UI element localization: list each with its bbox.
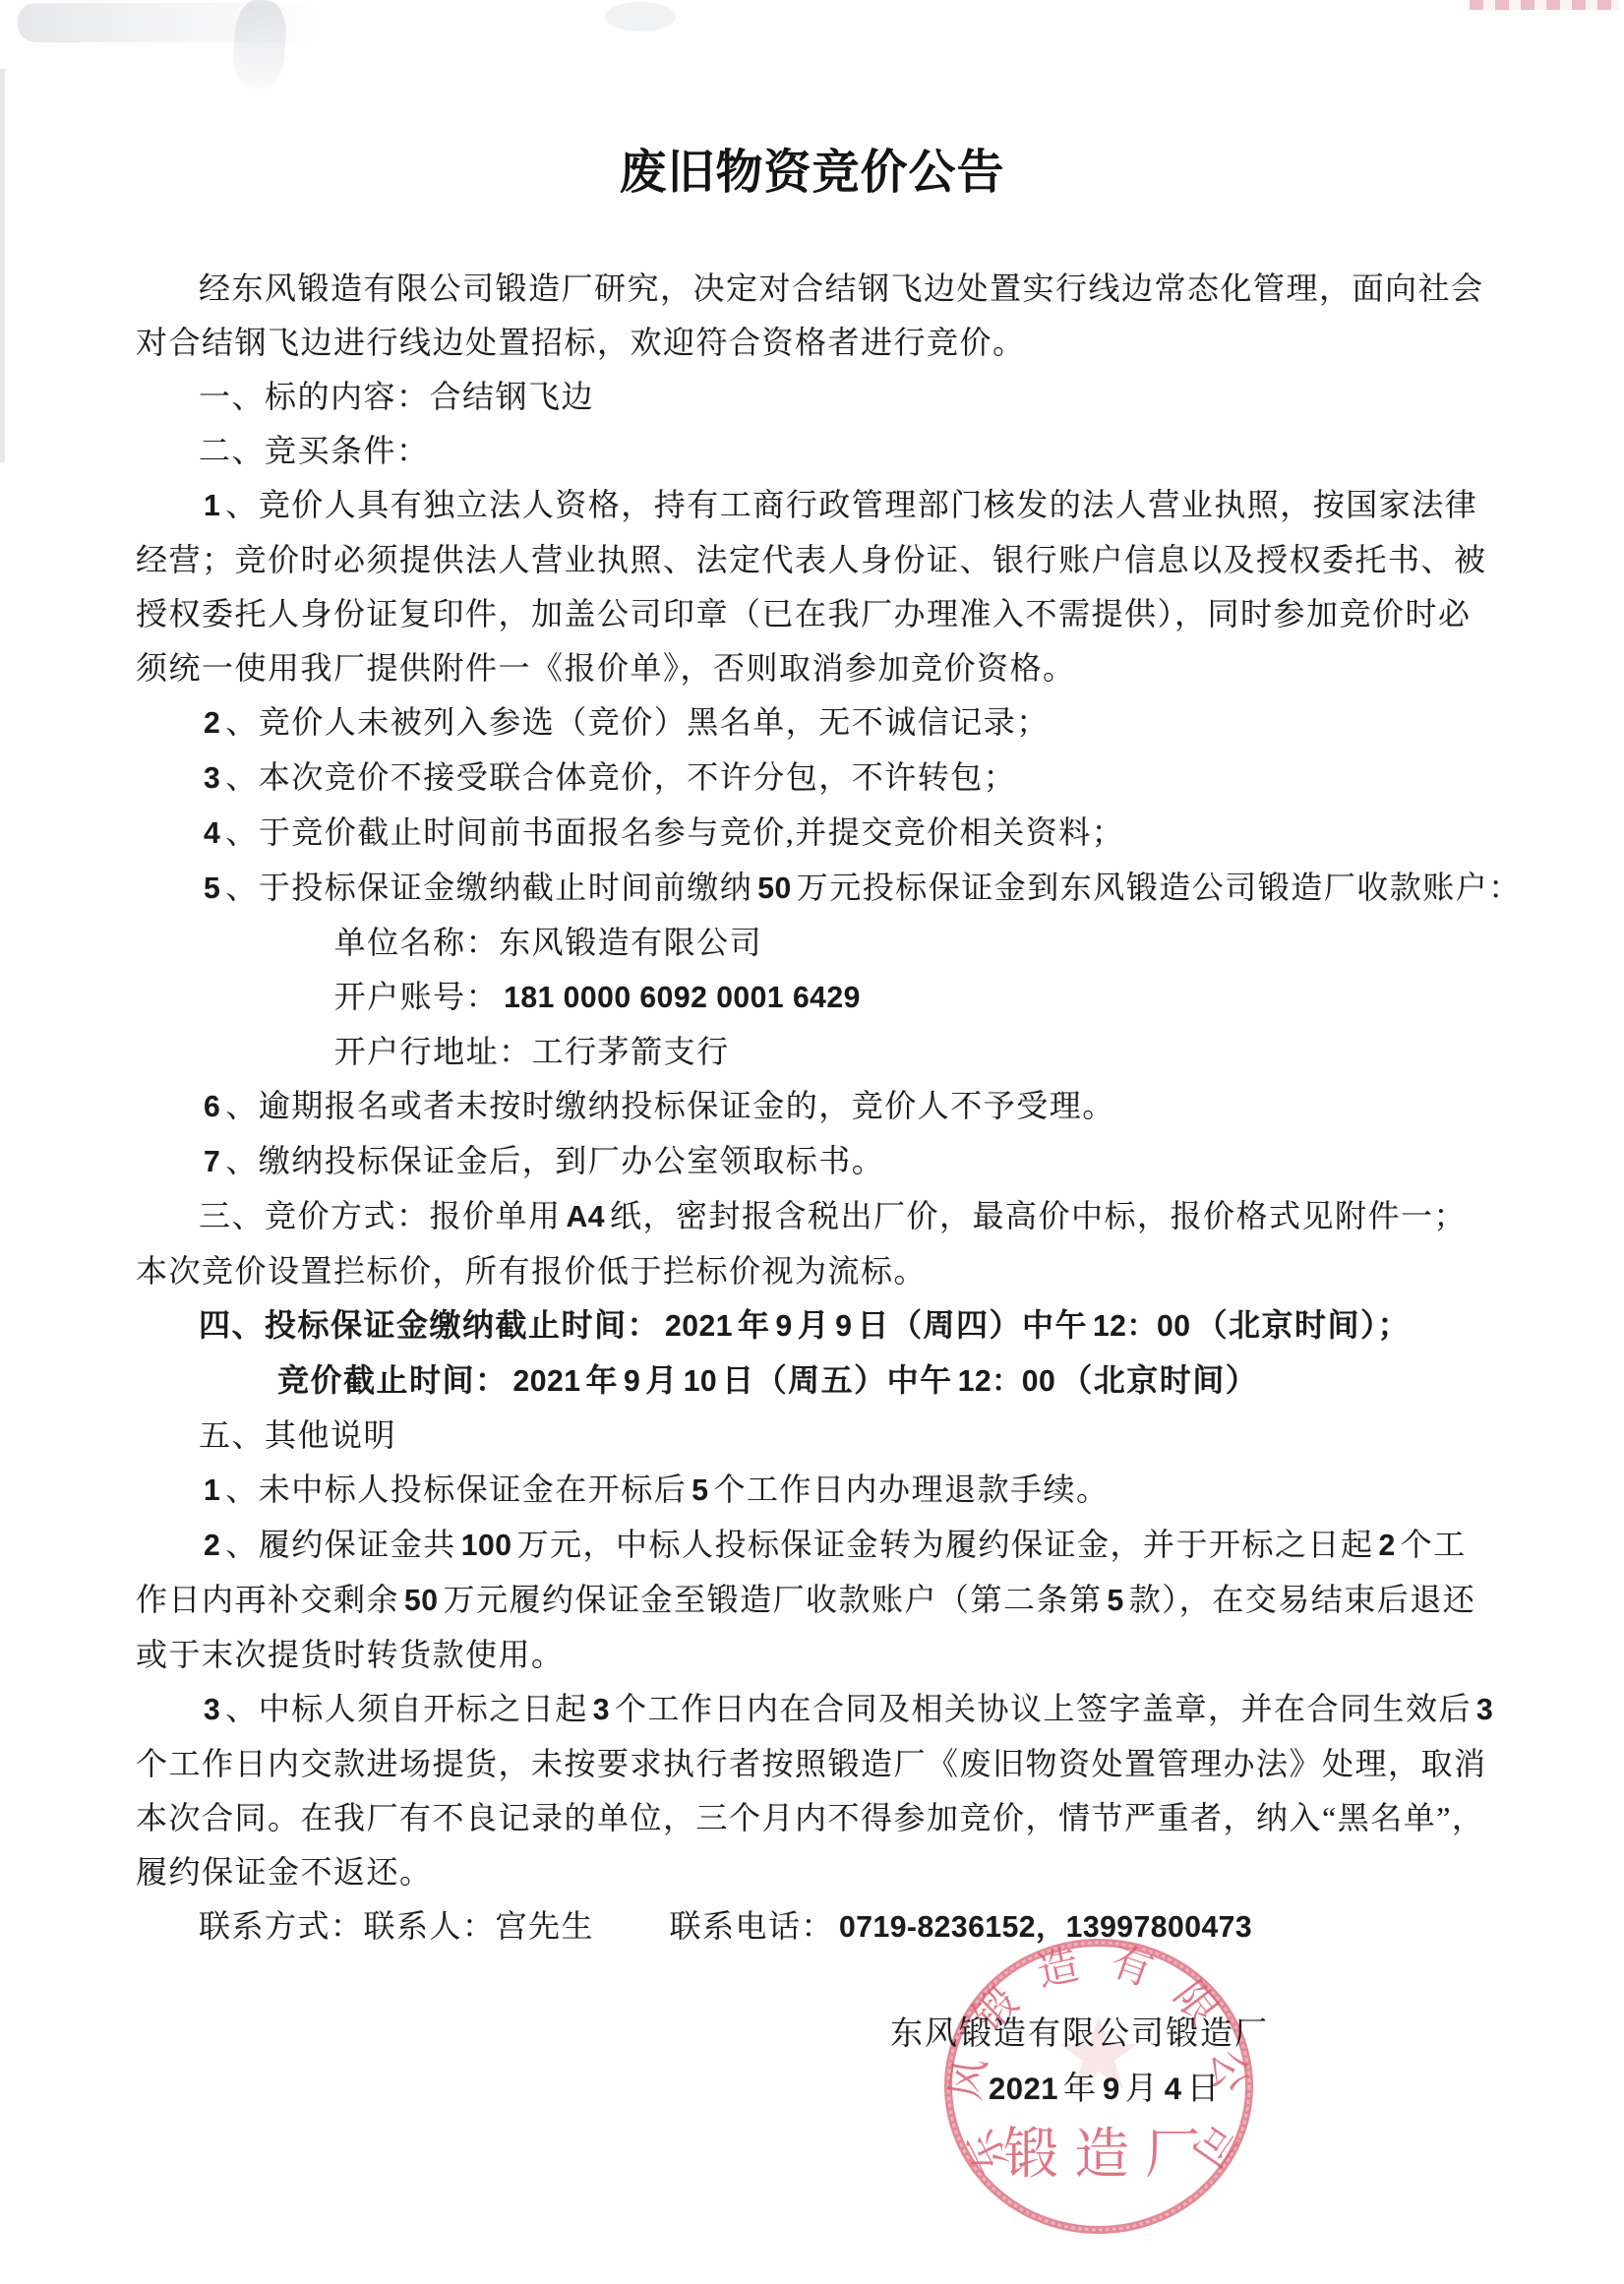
text-line: 1、未中标人投标保证金在开标后5个工作日内办理退款手续。 xyxy=(199,1463,1503,1518)
text-line: 二、竞买条件： xyxy=(199,424,1503,478)
text-line: 三、竞价方式：报价单用A4纸，密封报含税出厂价，最高价中标，报价格式见附件一； xyxy=(199,1189,1503,1244)
text-line: 经东风锻造有限公司锻造厂研究，决定对合结钢飞边处置实行线边常态化管理，面向社会 xyxy=(199,262,1503,316)
scan-blot-top xyxy=(605,2,676,31)
text-line: 4、于竞价截止时间前书面报名参与竞价,并提交竞价相关资料； xyxy=(199,806,1503,861)
text-line: 竞价截止时间：2021年9月10日（周五）中午12：00（北京时间） xyxy=(277,1353,1503,1409)
text-line: 或于末次提货时转货款使用。 xyxy=(136,1628,1503,1682)
text-line: 开户账号：181 0000 6092 0001 6429 xyxy=(334,970,1503,1025)
text-line: 履约保证金不返还。 xyxy=(136,1845,1503,1899)
text-line: 经营；竞价时必须提供法人营业执照、法定代表人身份证、银行账户信息以及授权委托书、… xyxy=(136,533,1503,587)
text-line: 2、竞价人未被列入参选（竞价）黑名单，无不诚信记录； xyxy=(199,695,1503,751)
signature-company: 东风锻造有限公司锻造厂 xyxy=(890,2008,1269,2054)
text-line: 五、其他说明 xyxy=(199,1409,1503,1463)
text-line: 5、于投标保证金缴纳截止时间前缴纳50万元投标保证金到东风锻造公司锻造厂收款账户… xyxy=(199,861,1503,916)
text-line: 联系方式：联系人：宫先生 联系电话：0719-8236152，139978004… xyxy=(199,1899,1503,1954)
text-line: 3、本次竞价不接受联合体竞价，不许分包，不许转包； xyxy=(199,751,1503,806)
text-line: 7、缴纳投标保证金后，到厂办公室领取标书。 xyxy=(199,1134,1503,1189)
text-line: 四、投标保证金缴纳截止时间：2021年9月9日（周四）中午12：00（北京时间）… xyxy=(199,1298,1503,1353)
text-line: 本次竞价设置拦标价，所有报价低于拦标价视为流标。 xyxy=(136,1244,1503,1298)
text-line: 1、竞价人具有独立法人资格，持有工商行政管理部门核发的法人营业执照，按国家法律 xyxy=(199,478,1503,533)
text-line: 个工作日内交款进场提货，未按要求执行者按照锻造厂《废旧物资处置管理办法》处理，取… xyxy=(136,1737,1503,1791)
seal-center-text: 锻造厂 xyxy=(1003,2125,1216,2186)
text-line: 须统一使用我厂提供附件一《报价单》，否则取消参加竞价资格。 xyxy=(136,641,1503,695)
text-line: 开户行地址：工行茅箭支行 xyxy=(334,1025,1503,1079)
text-line: 单位名称：东风锻造有限公司 xyxy=(334,916,1503,970)
text-line: 2、履约保证金共100万元，中标人投标保证金转为履约保证金，并于开标之日起2个工 xyxy=(199,1518,1503,1573)
text-line: 授权委托人身份证复印件，加盖公司印章（已在我厂办理准入不需提供），同时参加竞价时… xyxy=(136,587,1503,641)
text-line: 本次合同。在我厂有不良记录的单位，三个月内不得参加竞价，情节严重者，纳入“黑名单… xyxy=(136,1791,1503,1845)
text-line: 3、中标人须自开标之日起3个工作日内在合同及相关协议上签字盖章，并在合同生效后3 xyxy=(199,1682,1503,1737)
text-line: 作日内再补交剩余50万元履约保证金至锻造厂收款账户（第二条第5款），在交易结束后… xyxy=(136,1573,1503,1628)
scan-mark-top-right xyxy=(1470,0,1619,10)
scan-streak-top xyxy=(231,0,288,90)
text-line: 对合结钢飞边进行线边处置招标，欢迎符合资格者进行竞价。 xyxy=(136,316,1503,370)
scan-edge-left xyxy=(0,69,5,462)
signature-date: 2021年9月4日 xyxy=(984,2063,1222,2109)
page-title: 废旧物资竞价公告 xyxy=(0,134,1624,202)
text-line: 一、标的内容：合结钢飞边 xyxy=(199,370,1503,424)
scanned-document-page: 废旧物资竞价公告 经东风锻造有限公司锻造厂研究，决定对合结钢飞边处置实行线边常态… xyxy=(0,0,1624,2284)
document-body: 经东风锻造有限公司锻造厂研究，决定对合结钢飞边处置实行线边常态化管理，面向社会对… xyxy=(136,262,1503,1954)
text-line: 6、逾期报名或者未按时缴纳投标保证金的，竞价人不予受理。 xyxy=(199,1079,1503,1134)
